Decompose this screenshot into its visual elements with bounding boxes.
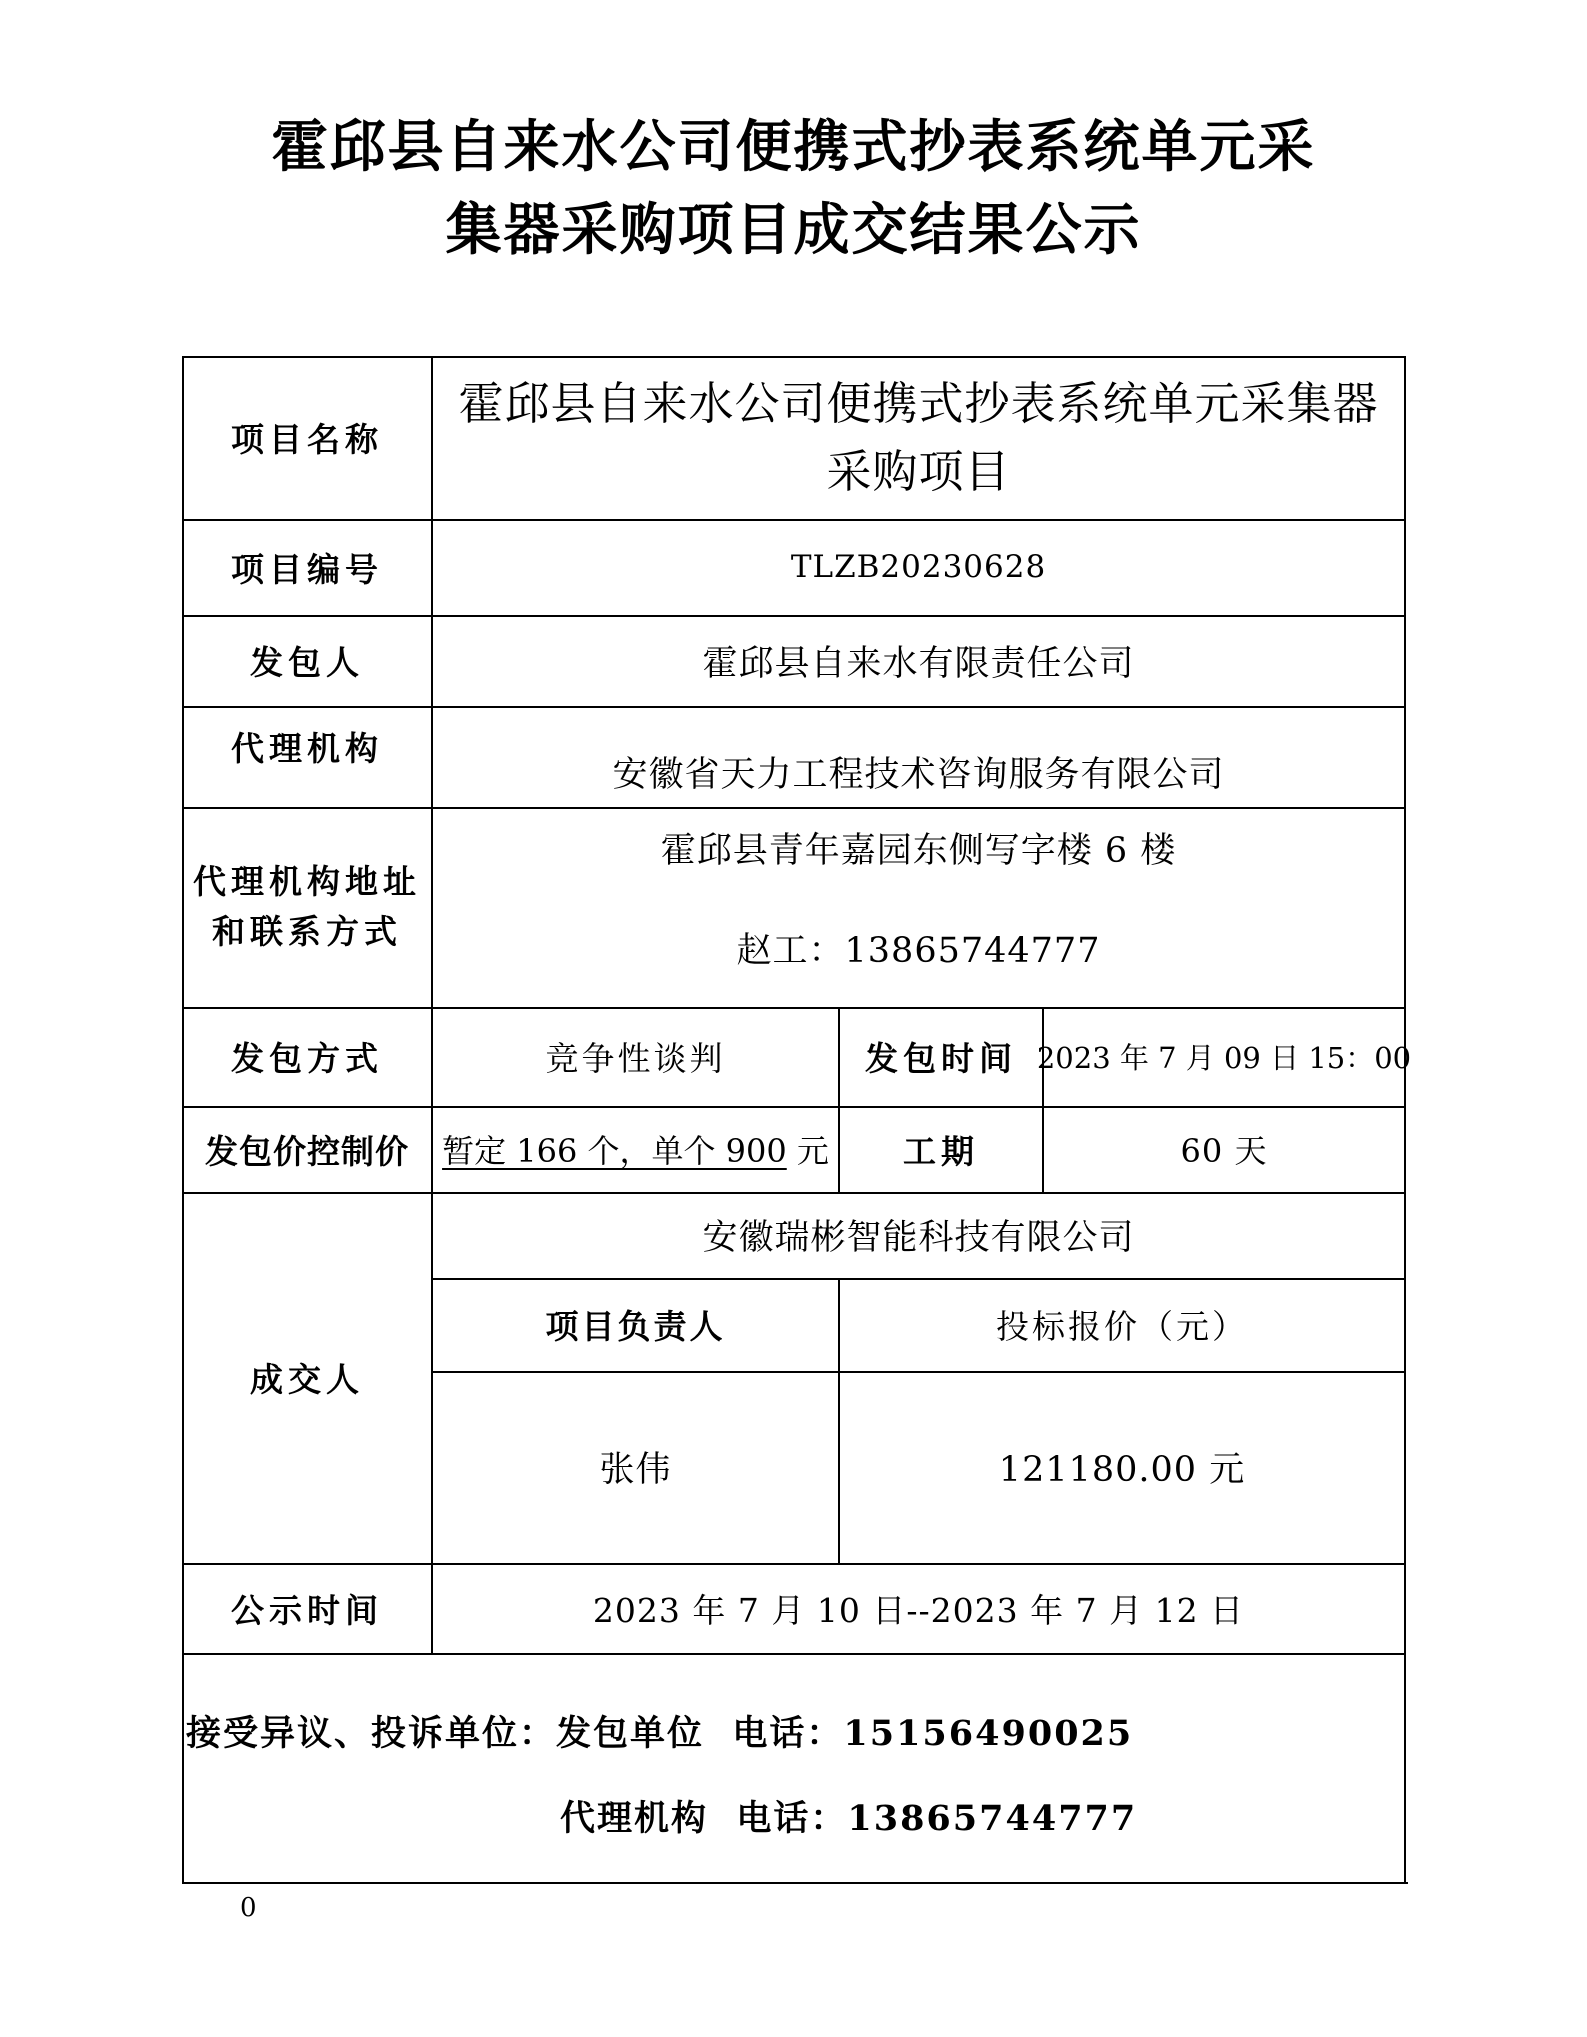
document-title-line-1: 霍邱县自来水公司便携式抄表系统单元采 [0, 115, 1587, 179]
project-name-label: 项目名称 [182, 356, 432, 519]
winner-company: 安徽瑞彬智能科技有限公司 [433, 1192, 1404, 1278]
agency-contact-label-line-2: 和联系方式 [212, 907, 402, 957]
project-number-value: TLZB20230628 [433, 519, 1404, 615]
manager-header: 项目负责人 [433, 1278, 838, 1371]
control-price-suffix: 元 [787, 1126, 829, 1172]
period-label: 工期 [840, 1106, 1042, 1192]
project-number-label: 项目编号 [182, 519, 432, 615]
publicity-value: 2023 年 7 月 10 日--2023 年 7 月 12 日 [433, 1563, 1404, 1653]
objection-line-2: 代理机构 电话：13865744777 [560, 1791, 1137, 1841]
agency-contact-label: 代理机构地址 和联系方式 [182, 807, 432, 1007]
method-value: 竞争性谈判 [433, 1007, 838, 1106]
project-name-line-1: 霍邱县自来水公司便携式抄表系统单元采集器 [458, 370, 1378, 438]
result-table: 项目名称 霍邱县自来水公司便携式抄表系统单元采集器 采购项目 项目编号 TLZB… [182, 356, 1406, 1884]
client-label: 发包人 [182, 615, 432, 706]
period-value: 60 天 [1044, 1106, 1404, 1192]
control-price-value: 暂定 166 个，单个 900 元 [433, 1106, 838, 1192]
agency-value: 安徽省天力工程技术咨询服务有限公司 [433, 736, 1404, 807]
page-number: 0 [240, 1893, 257, 1923]
tender-time-label: 发包时间 [840, 1007, 1042, 1106]
tender-time-value: 2023 年 7 月 09 日 15：00 [1044, 1007, 1404, 1106]
price-header: 投标报价（元） [840, 1278, 1404, 1371]
agency-label: 代理机构 [182, 706, 432, 786]
row-divider [182, 1653, 1406, 1655]
bid-price: 121180.00 元 [840, 1371, 1404, 1563]
control-price-label: 发包价控制价 [182, 1106, 432, 1192]
table-border-right [1404, 356, 1406, 1884]
project-name-value: 霍邱县自来水公司便携式抄表系统单元采集器 采购项目 [433, 356, 1404, 519]
agency-contact-label-line-1: 代理机构地址 [193, 857, 421, 907]
client-value: 霍邱县自来水有限责任公司 [433, 615, 1404, 706]
table-border-bottom [182, 1882, 1408, 1884]
publicity-label: 公示时间 [182, 1563, 432, 1653]
manager-name: 张伟 [433, 1371, 838, 1563]
objection-line-1: 接受异议、投诉单位：发包单位 电话：15156490025 [186, 1706, 1133, 1756]
winner-label: 成交人 [182, 1192, 432, 1563]
agency-contact-phone: 赵工：13865744777 [433, 918, 1404, 978]
agency-address: 霍邱县青年嘉园东侧写字楼 6 楼 [433, 818, 1404, 878]
control-price-underlined: 暂定 166 个，单个 900 [442, 1126, 787, 1172]
method-label: 发包方式 [182, 1007, 432, 1106]
project-name-line-2: 采购项目 [826, 438, 1010, 506]
document-title-line-2: 集器采购项目成交结果公示 [0, 198, 1587, 262]
